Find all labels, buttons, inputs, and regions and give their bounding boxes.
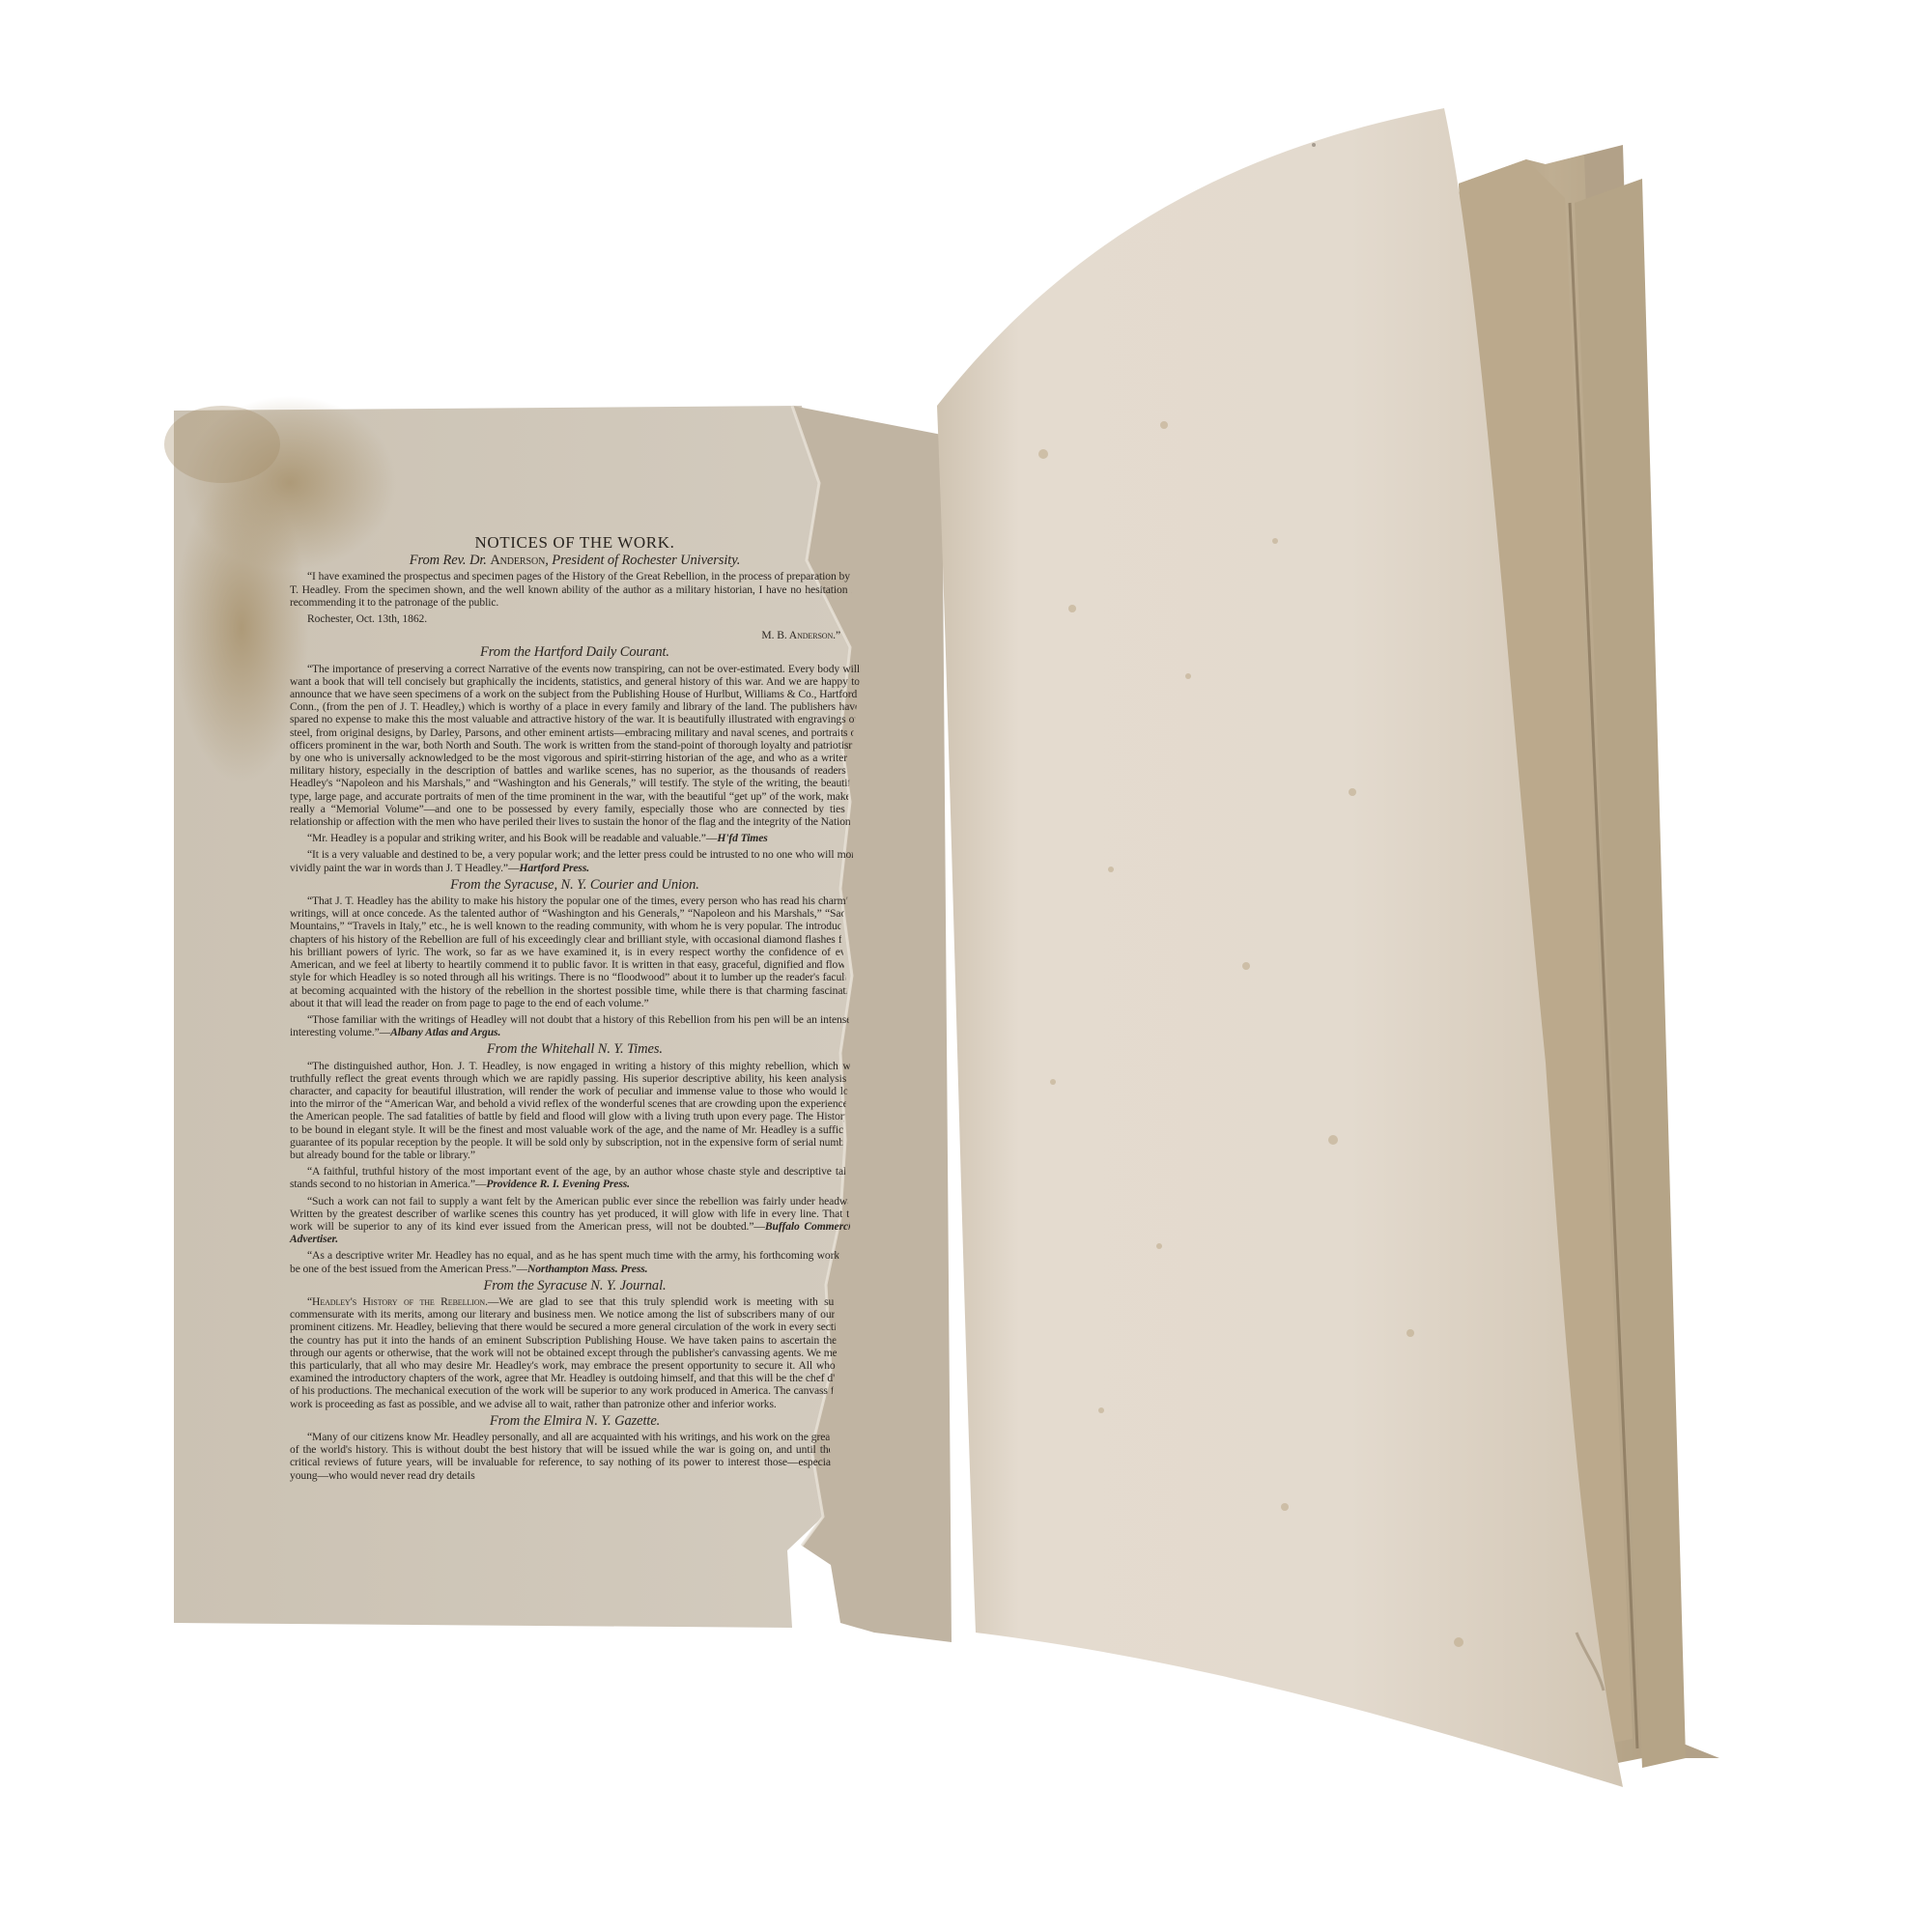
paragraph: “The importance of preserving a correct … xyxy=(290,663,860,829)
section-source: From the Syracuse N. Y. Journal. xyxy=(290,1280,860,1293)
signature: M. B. Anderson.” xyxy=(290,629,840,641)
section-source: From the Elmira N. Y. Gazette. xyxy=(290,1415,860,1428)
paragraph: “Many of our citizens know Mr. Headley p… xyxy=(290,1431,860,1482)
left-page-text: NOTICES OF THE WORK. From Rev. Dr. Ander… xyxy=(290,536,860,1486)
paragraph: “I have examined the prospectus and spec… xyxy=(290,570,860,609)
page-title: NOTICES OF THE WORK. xyxy=(290,536,860,549)
open-book: NOTICES OF THE WORK. From Rev. Dr. Ander… xyxy=(0,0,1932,1932)
quote: “It is a very valuable and destined to b… xyxy=(290,848,860,873)
quote: “As a descriptive writer Mr. Headley has… xyxy=(290,1249,860,1274)
quote: “A faithful, truthful history of the mos… xyxy=(290,1165,860,1190)
quote: “Such a work can not fail to supply a wa… xyxy=(290,1195,860,1246)
section-source: From the Hartford Daily Courant. xyxy=(290,646,860,659)
section-source: From the Whitehall N. Y. Times. xyxy=(290,1043,860,1056)
quote: “Mr. Headley is a popular and striking w… xyxy=(290,832,860,844)
paragraph-date: Rochester, Oct. 13th, 1862. xyxy=(290,612,860,625)
paragraph: “The distinguished author, Hon. J. T. He… xyxy=(290,1060,860,1162)
paragraph: “That J. T. Headley has the ability to m… xyxy=(290,895,860,1009)
section-source: From the Syracuse, N. Y. Courier and Uni… xyxy=(290,879,860,892)
quote: “Those familiar with the writings of Hea… xyxy=(290,1013,860,1038)
section-source-anderson: From Rev. Dr. Anderson, President of Roc… xyxy=(290,554,860,567)
paragraph: “Headley's History of the Rebellion.—We … xyxy=(290,1295,860,1410)
